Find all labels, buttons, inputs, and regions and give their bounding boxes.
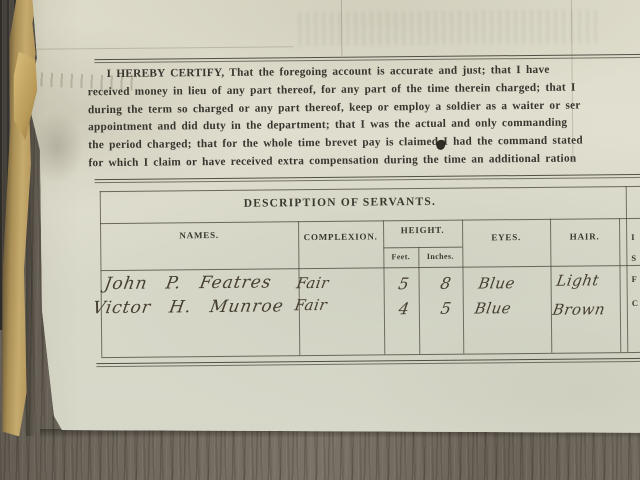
row2-hair: Brown bbox=[551, 300, 606, 319]
table-border bbox=[383, 247, 462, 249]
row1-hair: Light bbox=[555, 271, 601, 289]
horizontal-double-rule bbox=[95, 174, 640, 184]
column-header-eyes: EYES. bbox=[462, 232, 550, 243]
row1-name: John P. Featres bbox=[103, 272, 273, 294]
ink-blot bbox=[436, 140, 445, 150]
table-border bbox=[383, 220, 385, 354]
row2-complexion: Fair bbox=[293, 296, 328, 314]
ink-showthrough bbox=[298, 9, 598, 46]
table-border bbox=[619, 218, 621, 352]
photo-of-document: I HEREBY CERTIFY, That the foregoing acc… bbox=[0, 0, 640, 480]
column-header-hair: HAIR. bbox=[550, 231, 619, 242]
row1-feet: 5 bbox=[387, 274, 420, 293]
row2-inches: 5 bbox=[429, 299, 462, 318]
table-border bbox=[100, 191, 103, 357]
table-border bbox=[100, 218, 640, 225]
table-border bbox=[626, 186, 629, 352]
column-header-height: HEIGHT. bbox=[383, 225, 462, 236]
certification-line: appointment and did duty in the departme… bbox=[88, 117, 567, 134]
row2-name: Victor H. Munroe bbox=[91, 296, 285, 318]
certification-line: received money in lieu of any part there… bbox=[88, 82, 576, 99]
column-header-feet: Feet. bbox=[383, 252, 418, 261]
document-paper: I HEREBY CERTIFY, That the foregoing acc… bbox=[16, 0, 640, 438]
row1-inches: 8 bbox=[429, 274, 462, 293]
table-border bbox=[101, 352, 640, 359]
row2-feet: 4 bbox=[387, 299, 420, 318]
certification-line: I HEREBY CERTIFY, That the foregoing acc… bbox=[107, 64, 550, 80]
horizontal-double-rule bbox=[94, 54, 640, 64]
edge-text-fragment: S bbox=[631, 253, 636, 263]
row1-complexion: Fair bbox=[295, 274, 330, 292]
row2-eyes: Blue bbox=[473, 299, 512, 317]
table-border bbox=[100, 265, 640, 272]
table-title: DESCRIPTION OF SERVANTS. bbox=[220, 196, 460, 210]
column-header-names: NAMES. bbox=[100, 229, 298, 241]
description-of-servants-table: DESCRIPTION OF SERVANTS. NAMES. COMPLEXI… bbox=[100, 186, 640, 374]
certification-line: for which I claim or have received extra… bbox=[88, 153, 576, 170]
horizontal-double-rule bbox=[96, 358, 640, 368]
edge-text-fragment: C bbox=[632, 298, 639, 308]
edge-text-fragment: I bbox=[631, 232, 635, 242]
certification-line: the period charged; that for the whole t… bbox=[88, 134, 583, 151]
table-border bbox=[100, 186, 640, 193]
column-header-complexion: COMPLEXION. bbox=[298, 231, 383, 242]
certification-line: during the term so charged or any part t… bbox=[88, 99, 581, 116]
edge-text-fragment: F bbox=[632, 274, 638, 284]
document-content: I HEREBY CERTIFY, That the foregoing acc… bbox=[16, 0, 640, 438]
paper-crease bbox=[28, 46, 293, 50]
row1-eyes: Blue bbox=[477, 274, 516, 292]
column-header-inches: Inches. bbox=[418, 252, 462, 261]
